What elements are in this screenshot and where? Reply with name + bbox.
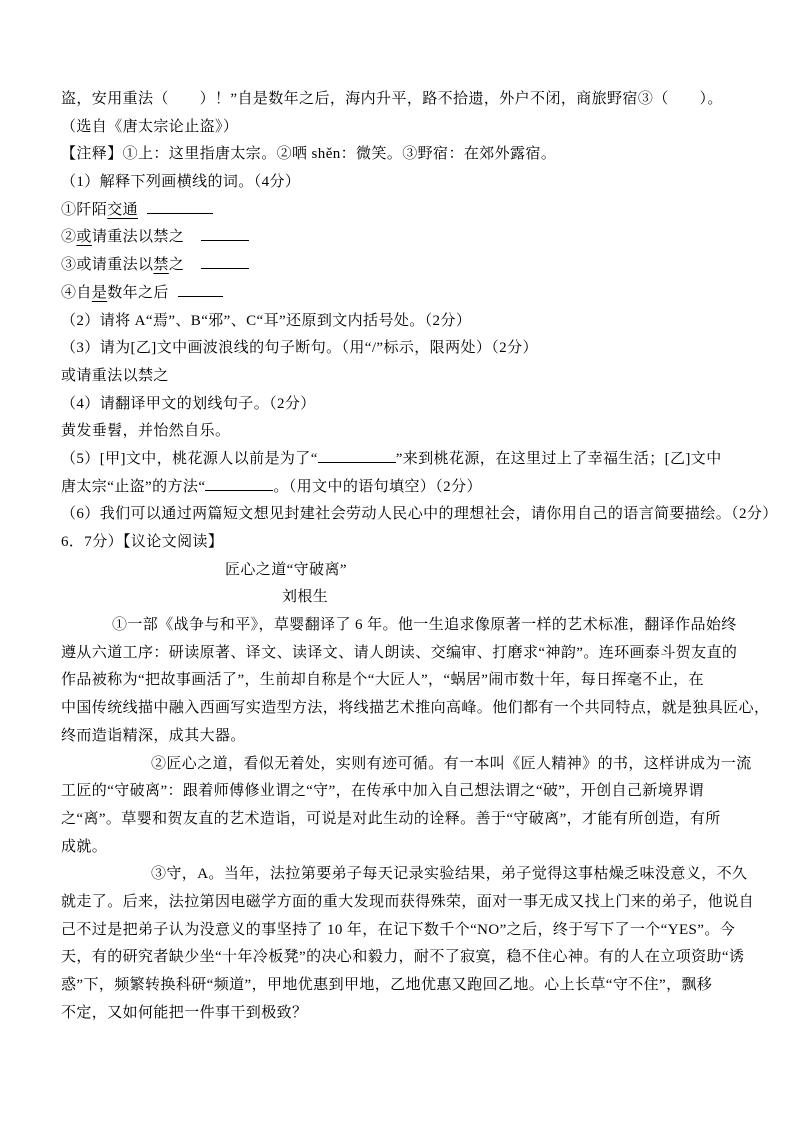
text-segment: （选自《唐太宗论止盗》） (61, 119, 238, 135)
text-segment: 数年之后 (107, 285, 169, 301)
blank-item-4: ④自是数年之后 (61, 280, 735, 308)
document-body: 盗，安用重法（ ）！”自是数年之后，海内升平，路不拾遗，外户不闭，商旅野宿③（ … (61, 86, 735, 1027)
question-5-line-1: （5）[甲]文中，桃花源人以前是为了“”来到桃花源，在这里过上了幸福生活；[乙]… (61, 446, 735, 474)
notes-line: 【注释】①上：这里指唐太宗。②哂 shěn：微笑。③野宿：在郊外露宿。 (61, 141, 735, 169)
answer-blank (318, 448, 396, 463)
text-segment: 【注释】①上：这里指唐太宗。②哂 shěn：微笑。③野宿：在郊外露宿。 (61, 146, 556, 162)
text-segment: 。（用文中的语句填空）（2分） (273, 479, 482, 495)
section-6-header: 6．7分）【议论文阅读】 (61, 529, 735, 557)
text-segment: 作品被称为“把故事画活了”，生前却自称是个“大匠人”，“蜗居”闹市数十年，每日挥… (61, 672, 704, 688)
essay-title: 匠心之道“守破离” (61, 557, 735, 585)
passage-line: 盗，安用重法（ ）！”自是数年之后，海内升平，路不拾遗，外户不闭，商旅野宿③（ … (61, 86, 735, 114)
essay-p2-line-2: 工匠的“守破离”：跟着师傅修业谓之“守”，在传承中加入自己想法谓之“破”，开创自… (61, 778, 735, 806)
text-segment: ①阡陌 (61, 202, 107, 218)
text-segment: 成就。 (61, 839, 107, 855)
text-segment: ④自 (61, 285, 92, 301)
underlined-term: 是 (92, 285, 107, 301)
essay-p1-line-4: 中国传统线描中融入西画写实造型方法，将线描艺术推向高峰。他们都有一个共同特点，就… (61, 695, 735, 723)
text-segment: 之 (169, 257, 184, 273)
answer-blank (205, 476, 273, 491)
question-4-sentence: 黄发垂髫，并怡然自乐。 (61, 418, 735, 446)
text-segment: ②匠心之道，看似无着处，实则有迹可循。有一本叫《匠人精神》的书，这样讲成为一流 (151, 756, 752, 772)
text-segment: ③守，A。当年，法拉第要弟子每天记录实验结果，弟子觉得这事枯燥乏味没意义，不久 (151, 866, 747, 882)
text-segment: 或请重法以禁之 (61, 368, 169, 384)
text-segment: （2）请将 A“焉”、B“邪”、C“耳”还原到文内括号处。（2分） (61, 313, 471, 329)
question-2: （2）请将 A“焉”、B“邪”、C“耳”还原到文内括号处。（2分） (61, 308, 735, 336)
text-segment: （4）请翻译甲文的划线句子。（2分） (61, 396, 316, 412)
text-segment: （3）请为[乙]文中画波浪线的句子断句。（用“/”标示，限两处）（2分） (61, 340, 538, 356)
question-3: （3）请为[乙]文中画波浪线的句子断句。（用“/”标示，限两处）（2分） (61, 335, 735, 363)
question-1: （1）解释下列画横线的词。（4分） (61, 169, 735, 197)
essay-p2-line-3: 之“离”。草婴和贺友直的艺术造诣，可说是对此生动的诠释。善于“守破离”，才能有所… (61, 806, 735, 834)
essay-p3-line-1: ③守，A。当年，法拉第要弟子每天记录实验结果，弟子觉得这事枯燥乏味没意义，不久 (61, 861, 735, 889)
text-segment: 刘根生 (282, 589, 328, 605)
exam-page: 盗，安用重法（ ）！”自是数年之后，海内升平，路不拾遗，外户不闭，商旅野宿③（ … (0, 0, 793, 1122)
text-segment: （5）[甲]文中，桃花源人以前是为了“ (61, 451, 318, 467)
passage-source: （选自《唐太宗论止盗》） (61, 114, 735, 142)
question-3-sentence: 或请重法以禁之 (61, 363, 735, 391)
text-segment: （1）解释下列画横线的词。（4分） (61, 174, 300, 190)
blank-item-2: ②或请重法以禁之 (61, 224, 735, 252)
essay-p2-line-4: 成就。 (61, 834, 735, 862)
underlined-term: 或 (76, 229, 91, 245)
text-segment: 遵从六道工序：研读原著、译文、读译文、请人朗读、交编审、打磨求“神韵”。连环画泰… (61, 645, 737, 661)
essay-p1-line-5: 终而造诣精深，成其大器。 (61, 723, 735, 751)
essay-p1-line-2: 遵从六道工序：研读原著、译文、读译文、请人朗读、交编审、打磨求“神韵”。连环画泰… (61, 640, 735, 668)
essay-p3-line-3: 己不过是把弟子认为没意义的事坚持了 10 年，在记下数千个“NO”之后，终于写下… (61, 917, 735, 945)
text-segment: 之“离”。草婴和贺友直的艺术造诣，可说是对此生动的诠释。善于“守破离”，才能有所… (61, 811, 721, 827)
text-segment: 盗，安用重法（ ）！”自是数年之后，海内升平，路不拾遗，外户不闭，商旅野宿③（ … (61, 91, 723, 107)
essay-p1-line-3: 作品被称为“把故事画活了”，生前却自称是个“大匠人”，“蜗居”闹市数十年，每日挥… (61, 667, 735, 695)
text-segment: 惑”下，频繁转换科研“频道”，甲地优惠到甲地，乙地优惠又跑回乙地。心上长草“守不… (61, 977, 712, 993)
text-segment: 不定，又如何能把一件事干到极致？ (61, 1005, 307, 1021)
answer-blank (178, 282, 223, 297)
blank-item-3: ③或请重法以禁之 (61, 252, 735, 280)
answer-blank (201, 254, 249, 269)
text-segment: ③或请重法以 (61, 257, 153, 273)
question-5-line-2: 唐太宗“止盗”的方法“。（用文中的语句填空）（2分） (61, 474, 735, 502)
text-segment: 就走了。后来，法拉第因电磁学方面的重大发现而获得殊荣，面对一事无成又找上门来的弟… (61, 894, 754, 910)
text-segment: 请重法以禁之 (92, 229, 184, 245)
essay-p3-line-2: 就走了。后来，法拉第因电磁学方面的重大发现而获得殊荣，面对一事无成又找上门来的弟… (61, 889, 735, 917)
answer-blank (147, 199, 213, 214)
underlined-term: 禁 (153, 257, 168, 273)
essay-author: 刘根生 (61, 584, 735, 612)
underlined-term: 交通 (107, 202, 138, 218)
answer-blank (201, 226, 249, 241)
question-4: （4）请翻译甲文的划线句子。（2分） (61, 391, 735, 419)
essay-p3-line-6: 不定，又如何能把一件事干到极致？ (61, 1000, 735, 1028)
text-segment: 匠心之道“守破离” (225, 562, 347, 578)
text-segment: 唐太宗“止盗”的方法“ (61, 479, 205, 495)
text-segment: ”来到桃花源，在这里过上了幸福生活；[乙]文中 (396, 451, 722, 467)
essay-p3-line-4: 天，有的研究者缺少坐“十年冷板凳”的决心和毅力，耐不了寂寞，稳不住心神。有的人在… (61, 944, 735, 972)
text-segment: 6．7分）【议论文阅读】 (61, 534, 223, 550)
text-segment: 己不过是把弟子认为没意义的事坚持了 10 年，在记下数千个“NO”之后，终于写下… (61, 922, 735, 938)
text-segment: 终而造诣精深，成其大器。 (61, 728, 246, 744)
essay-p1-line-1: ①一部《战争与和平》，草婴翻译了 6 年。他一生追求像原著一样的艺术标准，翻译作… (61, 612, 735, 640)
text-segment: 天，有的研究者缺少坐“十年冷板凳”的决心和毅力，耐不了寂寞，稳不住心神。有的人在… (61, 949, 744, 965)
essay-p3-line-5: 惑”下，频繁转换科研“频道”，甲地优惠到甲地，乙地优惠又跑回乙地。心上长草“守不… (61, 972, 735, 1000)
text-segment: 工匠的“守破离”：跟着师傅修业谓之“守”，在传承中加入自己想法谓之“破”，开创自… (61, 783, 704, 799)
blank-item-1: ①阡陌交通 (61, 197, 735, 225)
text-segment: 黄发垂髫，并怡然自乐。 (61, 423, 230, 439)
essay-p2-line-1: ②匠心之道，看似无着处，实则有迹可循。有一本叫《匠人精神》的书，这样讲成为一流 (61, 751, 735, 779)
text-segment: ①一部《战争与和平》，草婴翻译了 6 年。他一生追求像原著一样的艺术标准，翻译作… (112, 617, 737, 633)
question-6: （6）我们可以通过两篇短文想见封建社会劳动人民心中的理想社会，请你用自己的语言简… (61, 501, 735, 529)
text-segment: （6）我们可以通过两篇短文想见封建社会劳动人民心中的理想社会，请你用自己的语言简… (61, 506, 778, 522)
text-segment: 中国传统线描中融入西画写实造型方法，将线描艺术推向高峰。他们都有一个共同特点，就… (61, 700, 769, 716)
text-segment: ② (61, 229, 76, 245)
